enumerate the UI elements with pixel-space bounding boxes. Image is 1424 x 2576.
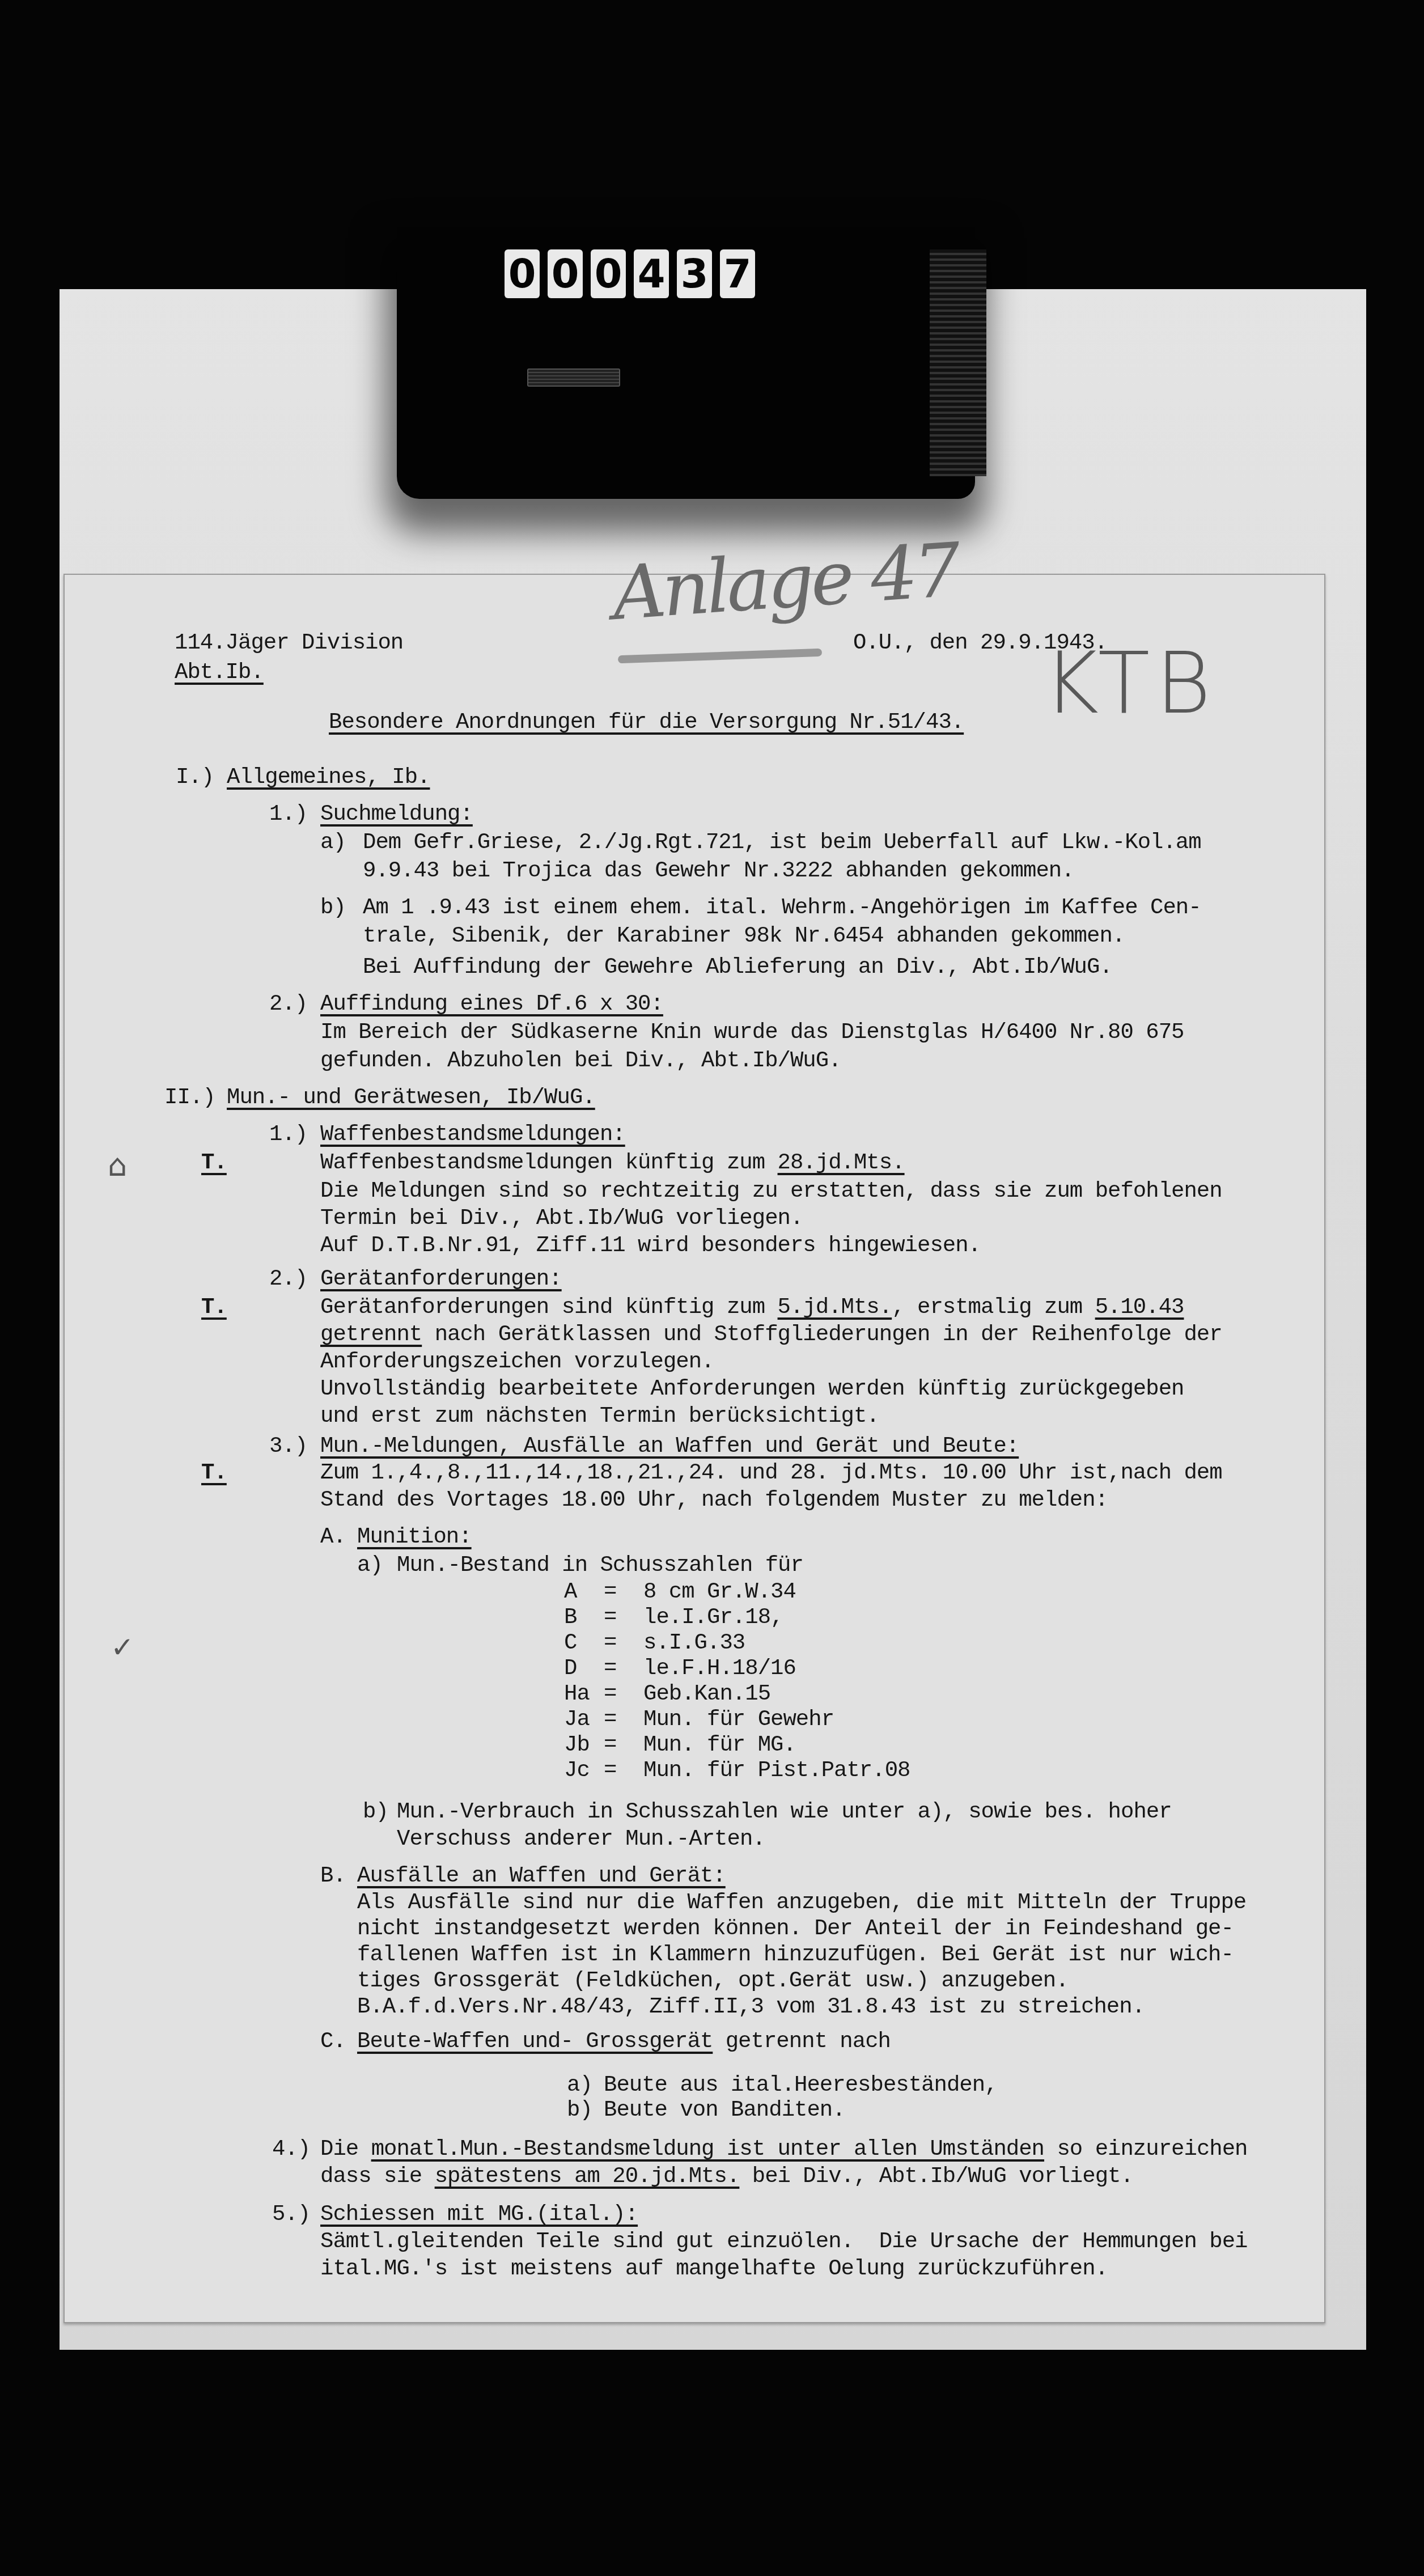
ammo-description: Geb.Kan.15 bbox=[643, 1681, 770, 1707]
list-item: Ha=Geb.Kan.15 bbox=[564, 1681, 910, 1707]
paragraph-line: Termin bei Div., Abt.Ib/WuG vorliegen. bbox=[320, 1204, 803, 1233]
typed-document: Anlage 47 KTB 114.Jäger Division Abt.Ib.… bbox=[0, 0, 1424, 2576]
paragraph-line: gefunden. Abzuholen bei Div., Abt.Ib/WuG… bbox=[320, 1046, 841, 1075]
paragraph-line: Waffenbestandsmeldungen künftig zum 28.j… bbox=[320, 1148, 905, 1177]
handwritten-underline bbox=[618, 649, 822, 664]
subsection-label: B. bbox=[320, 1861, 346, 1891]
margin-pencil-mark: ✓ bbox=[111, 1633, 134, 1662]
subsection-heading: Munition: bbox=[357, 1522, 472, 1552]
item-number: 1.) bbox=[269, 799, 307, 829]
item-number: 5.) bbox=[272, 2200, 310, 2229]
ammo-code: Ja bbox=[564, 1707, 604, 1732]
text-run: bei Div., Abt.Ib/WuG vorliegt. bbox=[739, 2164, 1133, 2189]
section-1-heading: Allgemeines, Ib. bbox=[227, 762, 430, 792]
paragraph-line: dass sie spätestens am 20.jd.Mts. bei Di… bbox=[320, 2162, 1133, 2191]
equals-sign: = bbox=[604, 1605, 643, 1630]
item-heading: Gerätanforderungen: bbox=[320, 1264, 562, 1294]
paragraph-line: Verschuss anderer Mun.-Arten. bbox=[397, 1824, 765, 1854]
paragraph-line: 9.9.43 bei Trojica das Gewehr Nr.3222 ab… bbox=[363, 856, 1074, 885]
equals-sign: = bbox=[604, 1681, 643, 1707]
margin-pencil-mark: ⌂ bbox=[108, 1151, 126, 1180]
paragraph-line: B.A.f.d.Vers.Nr.48/43, Ziff.II,3 vom 31.… bbox=[357, 1992, 1145, 2022]
paragraph-line: Die monatl.Mun.-Bestandsmeldung ist unte… bbox=[320, 2134, 1248, 2164]
ammo-code: D bbox=[564, 1656, 604, 1681]
margin-mark-t: T. bbox=[201, 1458, 227, 1488]
paragraph-line: Die Meldungen sind so rechtzeitig zu ers… bbox=[320, 1176, 1222, 1206]
ammo-description: Mun. für Pist.Patr.08 bbox=[643, 1758, 910, 1783]
paragraph-line: Unvollständig bearbeitete Anforderungen … bbox=[320, 1374, 1184, 1404]
item-number: 2.) bbox=[269, 989, 307, 1019]
list-item: B=le.I.Gr.18, bbox=[564, 1605, 910, 1630]
paragraph-line: Bei Auffindung der Gewehre Ablieferung a… bbox=[363, 952, 1112, 982]
deadline-date: spätestens am 20.jd.Mts. bbox=[435, 2164, 740, 2189]
ammo-code: Jc bbox=[564, 1758, 604, 1783]
item-heading: Waffenbestandsmeldungen: bbox=[320, 1120, 625, 1149]
paragraph-line: Sämtl.gleitenden Teile sind gut einzuöle… bbox=[320, 2227, 1247, 2256]
sub-label: b) bbox=[567, 2095, 592, 2125]
paragraph-line: nicht instandgesetzt werden können. Der … bbox=[357, 1914, 1234, 1943]
item-number: 3.) bbox=[269, 1431, 307, 1461]
page-title: Besondere Anordnungen für die Versorgung… bbox=[329, 707, 964, 737]
ammo-code: Jb bbox=[564, 1732, 604, 1758]
text-run: dass sie bbox=[320, 2164, 435, 2189]
ammo-description: s.I.G.33 bbox=[643, 1630, 745, 1656]
paragraph-line: Anforderungszeichen vorzulegen. bbox=[320, 1347, 714, 1376]
ammo-description: 8 cm Gr.W.34 bbox=[643, 1579, 796, 1605]
subsection-heading: Beute-Waffen und- Grossgerät getrennt na… bbox=[357, 2027, 891, 2056]
section-2-number: II.) bbox=[164, 1083, 215, 1112]
text-run: Die bbox=[320, 2137, 371, 2162]
paragraph-line: Stand des Vortages 18.00 Uhr, nach folge… bbox=[320, 1485, 1108, 1515]
deadline-date: 5.10.43 bbox=[1095, 1295, 1184, 1320]
section-2-heading: Mun.- und Gerätwesen, Ib/WuG. bbox=[227, 1083, 595, 1112]
subsection-label: C. bbox=[320, 2027, 346, 2056]
paragraph-line: ital.MG.'s ist meistens auf mangelhafte … bbox=[320, 2254, 1108, 2283]
ammo-description: Mun. für Gewehr bbox=[643, 1707, 834, 1732]
ammunition-type-list: A=8 cm Gr.W.34 B=le.I.Gr.18, C=s.I.G.33 … bbox=[564, 1579, 910, 1783]
text-run: , erstmalig zum bbox=[892, 1295, 1095, 1320]
equals-sign: = bbox=[604, 1579, 643, 1605]
emphasis-run: monatl.Mun.-Bestandsmeldung ist unter al… bbox=[371, 2137, 1044, 2162]
paragraph-line: Auf D.T.B.Nr.91, Ziff.11 wird besonders … bbox=[320, 1231, 981, 1260]
item-number: 4.) bbox=[272, 2134, 310, 2164]
handwritten-ktb-note: KTB bbox=[1043, 669, 1217, 698]
paragraph-line: fallenen Waffen ist in Klammern hinzuzuf… bbox=[357, 1940, 1234, 1969]
list-item: D=le.F.H.18/16 bbox=[564, 1656, 910, 1681]
ammo-description: le.F.H.18/16 bbox=[643, 1656, 796, 1681]
margin-mark-t: T. bbox=[201, 1148, 227, 1177]
ammo-description: le.I.Gr.18, bbox=[643, 1605, 783, 1630]
item-heading: Suchmeldung: bbox=[320, 799, 473, 829]
paragraph-line: und erst zum nächsten Termin berücksicht… bbox=[320, 1401, 879, 1431]
item-number: 1.) bbox=[269, 1120, 307, 1149]
ammo-code: A bbox=[564, 1579, 604, 1605]
equals-sign: = bbox=[604, 1630, 643, 1656]
paragraph-line: Gerätanforderungen sind künftig zum 5.jd… bbox=[320, 1293, 1184, 1322]
text-run: getrennt nach bbox=[713, 2029, 891, 2054]
handwritten-annex-note: Anlage 47 bbox=[612, 555, 959, 608]
subsection-label: A. bbox=[320, 1522, 346, 1552]
unit-name: 114.Jäger Division bbox=[175, 628, 403, 658]
paragraph-line: Als Ausfälle sind nur die Waffen anzugeb… bbox=[357, 1888, 1246, 1917]
sub-label: a) bbox=[320, 828, 346, 857]
ammo-description: Mun. für MG. bbox=[643, 1732, 796, 1758]
sub-label: a) bbox=[357, 1550, 383, 1580]
department: Abt.Ib. bbox=[175, 658, 264, 687]
paragraph-line: trale, Sibenik, der Karabiner 98k Nr.645… bbox=[363, 921, 1125, 951]
paragraph-line: tiges Grossgerät (Feldküchen, opt.Gerät … bbox=[357, 1966, 1069, 1995]
paragraph-line: getrennt nach Gerätklassen und Stoffglie… bbox=[320, 1320, 1222, 1349]
paragraph-line: Mun.-Bestand in Schusszahlen für bbox=[397, 1550, 803, 1580]
emphasis-run: getrennt bbox=[320, 1322, 422, 1347]
section-1-number: I.) bbox=[176, 762, 214, 792]
list-item: Ja=Mun. für Gewehr bbox=[564, 1707, 910, 1732]
equals-sign: = bbox=[604, 1656, 643, 1681]
list-item: A=8 cm Gr.W.34 bbox=[564, 1579, 910, 1605]
text-run: Beute-Waffen und- Grossgerät bbox=[357, 2029, 713, 2054]
paragraph-line: Am 1 .9.43 ist einem ehem. ital. Wehrm.-… bbox=[363, 893, 1201, 922]
sub-label: b) bbox=[320, 893, 346, 922]
equals-sign: = bbox=[604, 1732, 643, 1758]
margin-mark-t: T. bbox=[201, 1293, 227, 1322]
list-item: Jc=Mun. für Pist.Patr.08 bbox=[564, 1758, 910, 1783]
list-item: C=s.I.G.33 bbox=[564, 1630, 910, 1656]
equals-sign: = bbox=[604, 1707, 643, 1732]
text-run: nach Gerätklassen und Stoffgliederungen … bbox=[422, 1322, 1222, 1347]
text-run: Gerätanforderungen sind künftig zum bbox=[320, 1295, 778, 1320]
item-number: 2.) bbox=[269, 1264, 307, 1294]
sub-label: b) bbox=[363, 1797, 388, 1827]
item-heading: Schiessen mit MG.(ital.): bbox=[320, 2200, 638, 2229]
paragraph-line: Dem Gefr.Griese, 2./Jg.Rgt.721, ist beim… bbox=[363, 828, 1201, 857]
deadline-date: 5.jd.Mts. bbox=[778, 1295, 892, 1320]
item-heading: Auffindung eines Df.6 x 30: bbox=[320, 989, 663, 1019]
paragraph-line: Zum 1.,4.,8.,11.,14.,18.,21.,24. und 28.… bbox=[320, 1458, 1222, 1488]
equals-sign: = bbox=[604, 1758, 643, 1783]
text-run: Waffenbestandsmeldungen künftig zum bbox=[320, 1150, 778, 1175]
place-date: O.U., den 29.9.1943. bbox=[853, 628, 1107, 658]
subsection-heading: Ausfälle an Waffen und Gerät: bbox=[357, 1861, 726, 1891]
item-heading: Mun.-Meldungen, Ausfälle an Waffen und G… bbox=[320, 1431, 1019, 1461]
paragraph-line: Im Bereich der Südkaserne Knin wurde das… bbox=[320, 1018, 1184, 1047]
ammo-code: C bbox=[564, 1630, 604, 1656]
deadline-date: 28.jd.Mts. bbox=[778, 1150, 905, 1175]
list-item: Jb=Mun. für MG. bbox=[564, 1732, 910, 1758]
paragraph-line: Mun.-Verbrauch in Schusszahlen wie unter… bbox=[397, 1797, 1172, 1827]
ammo-code: Ha bbox=[564, 1681, 604, 1707]
text-run: so einzureichen bbox=[1044, 2137, 1247, 2162]
paragraph-line: Beute von Banditen. bbox=[604, 2095, 845, 2125]
ammo-code: B bbox=[564, 1605, 604, 1630]
